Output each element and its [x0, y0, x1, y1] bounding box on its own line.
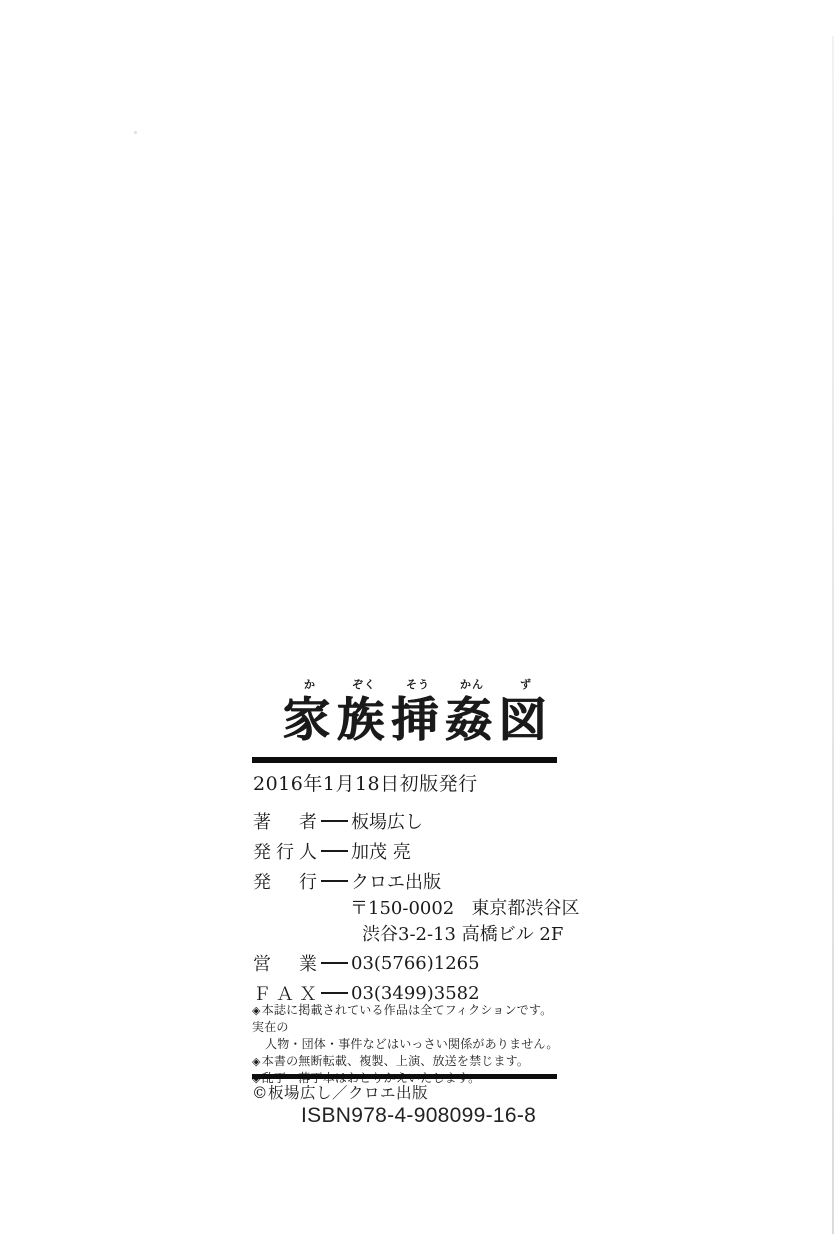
separator-dash — [321, 880, 348, 882]
publisher-address-line-1: 〒150-0002 東京都渋谷区 — [350, 896, 558, 922]
note-reproduction-text: 本書の無断転載、複製、上演、放送を禁じます。 — [262, 1054, 529, 1068]
separator-dash — [321, 850, 348, 852]
furigana-3: そう — [391, 678, 445, 694]
note-fiction-disclaimer: ◈本誌に掲載されている作品は全てフィクションです。実在の — [252, 1002, 560, 1036]
note-fiction-line-2: 人物・団体・事件などはいっさい関係がありません。 — [265, 1036, 560, 1053]
diamond-bullet-icon: ◈ — [252, 1055, 261, 1068]
contact-value-sales-phone: 03(5766)1265 — [351, 953, 480, 974]
separator-dash — [321, 820, 348, 822]
credit-row-publisher: 発行 クロエ出版 — [253, 866, 558, 896]
credit-label-publisher: 発行 — [253, 868, 317, 894]
credit-label-author: 著者 — [253, 808, 317, 834]
contact-row-sales: 営業 03(5766)1265 — [253, 948, 558, 978]
title-char-1: 家か — [283, 693, 337, 748]
furigana-2: ぞく — [337, 678, 391, 694]
credit-value-publisher-person: 加茂 亮 — [351, 838, 411, 864]
furigana-4: かん — [445, 678, 499, 694]
credit-value-author: 板場広し — [351, 808, 423, 834]
contact-label-sales: 営業 — [253, 950, 317, 976]
credit-label-publisher-person: 発行人 — [253, 838, 317, 864]
contact-value-fax-number: 03(3499)3582 — [351, 983, 480, 1004]
title-char-2: 族ぞく — [337, 693, 391, 748]
title-char-4: 姦かん — [445, 693, 499, 748]
book-title: 家か族ぞく挿そう姦かん図ず — [283, 678, 553, 745]
publisher-address-line-2: 渋谷3-2-13 高橋ビル 2F — [362, 922, 558, 948]
note-reproduction-prohibited: ◈本書の無断転載、複製、上演、放送を禁じます。 — [252, 1053, 560, 1070]
colophon-page: 家か族ぞく挿そう姦かん図ず 2016年1月18日初版発行 著者 板場広し 発行人… — [0, 0, 835, 1234]
note-fiction-line-1: 本誌に掲載されている作品は全てフィクションです。実在の — [252, 1003, 552, 1034]
book-title-block: 家か族ぞく挿そう姦かん図ず — [283, 678, 553, 745]
scan-edge-artifact — [832, 36, 834, 1234]
diamond-bullet-icon: ◈ — [252, 1004, 261, 1017]
dust-speck-artifact — [134, 131, 137, 134]
isbn-number: ISBN978-4-908099-16-8 — [301, 1104, 536, 1128]
furigana-1: か — [283, 678, 337, 694]
title-divider-rule — [252, 757, 557, 763]
publication-info-block: 著者 板場広し 発行人 加茂 亮 発行 クロエ出版 〒150-0002 東京都渋… — [253, 806, 558, 1008]
copyright-notice: ©板場広し／クロエ出版 — [252, 1081, 428, 1103]
credit-row-publisher-person: 発行人 加茂 亮 — [253, 836, 558, 866]
furigana-5: ず — [499, 678, 553, 694]
edition-date: 2016年1月18日初版発行 — [253, 769, 478, 796]
separator-dash — [321, 992, 348, 994]
footer-divider-rule — [252, 1074, 557, 1079]
credit-row-author: 著者 板場広し — [253, 806, 558, 836]
title-char-5: 図ず — [499, 693, 553, 748]
title-char-3: 挿そう — [391, 693, 445, 748]
credit-value-publisher: クロエ出版 — [351, 868, 441, 894]
separator-dash — [321, 962, 348, 964]
